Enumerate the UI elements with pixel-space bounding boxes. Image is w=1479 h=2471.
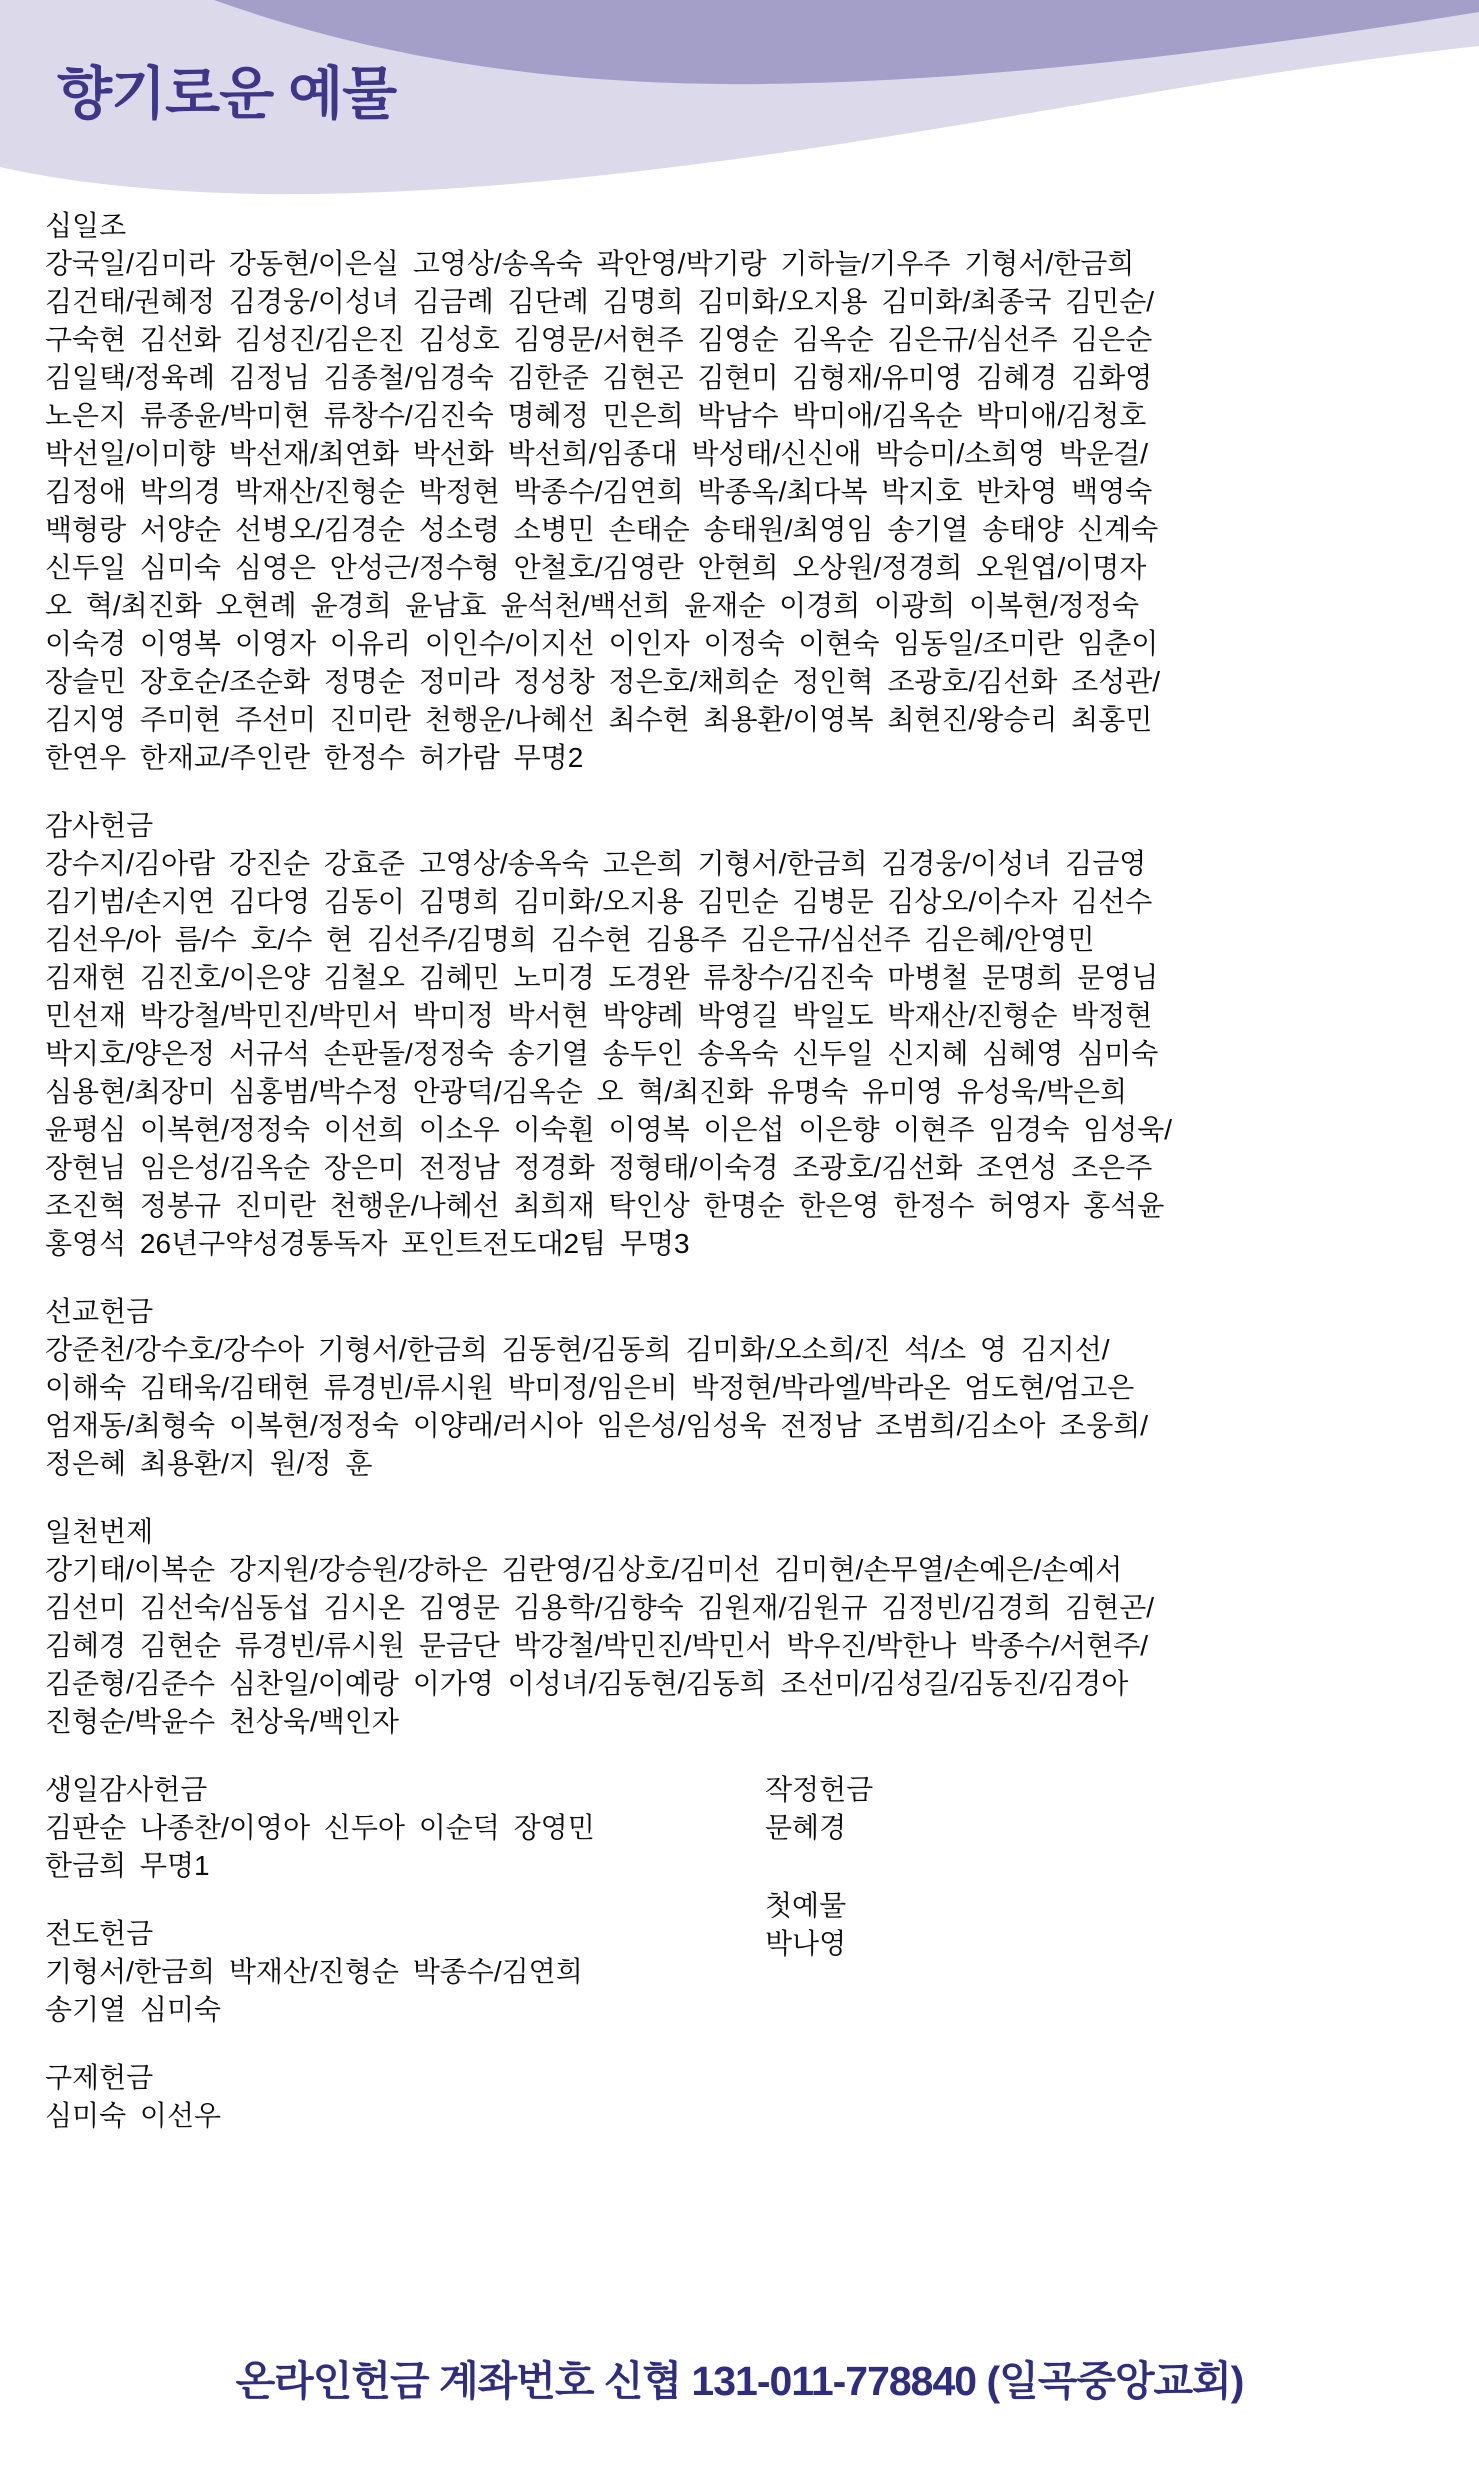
online-giving-account-footer: 온라인헌금 계좌번호 신협 131-011-778840 (일곡중앙교회) [0,2348,1479,2407]
name-lines: 강국일/김미라 강동현/이은실 고영상/송옥숙 곽안영/박기랑 기하늘/기우주 … [45,245,1443,777]
name-list-line: 김기범/손지연 김다영 김동이 김명희 김미화/오지용 김민순 김병문 김상오/… [45,883,1443,921]
name-list-line: 한연우 한재교/주인란 한정수 허가람 무명2 [45,739,1443,777]
name-list-line: 기형서/한금희 박재산/진형순 박종수/김연희 [45,1953,765,1991]
left-column: 생일감사헌금 김판순 나종찬/이영아 신두아 이순덕 장영민한금희 무명1 전도… [45,1771,765,2135]
name-list-line: 강기태/이복순 강지원/강승원/강하은 김란영/김상호/김미선 김미현/손무열/… [45,1551,1443,1589]
name-list-line: 백형랑 서양순 선병오/김경순 성소령 소병민 손태순 송태원/최영임 송기열 … [45,511,1443,549]
name-lines: 강수지/김아람 강진순 강효준 고영상/송옥숙 고은희 기형서/한금희 김경웅/… [45,845,1443,1263]
name-list-line: 이숙경 이영복 이영자 이유리 이인수/이지선 이인자 이정숙 이현숙 임동일/… [45,625,1443,663]
name-list-line: 김준형/김준수 심찬일/이예랑 이가영 이성녀/김동현/김동희 조선미/김성길/… [45,1665,1443,1703]
name-list-line: 강수지/김아람 강진순 강효준 고영상/송옥숙 고은희 기형서/한금희 김경웅/… [45,845,1443,883]
name-list-line: 장슬민 장호순/조순화 정명순 정미라 정성창 정은호/채희순 정인혁 조광호/… [45,663,1443,701]
name-lines: 강준천/강수호/강수아 기형서/한금희 김동현/김동희 김미화/오소희/진 석/… [45,1331,1443,1483]
section-thousand-burnt-offerings: 일천번제 강기태/이복순 강지원/강승원/강하은 김란영/김상호/김미선 김미현… [45,1513,1443,1741]
name-lines: 문혜경 [765,1809,1443,1847]
section-birthday-thanksgiving-offering: 생일감사헌금 김판순 나종찬/이영아 신두아 이순덕 장영민한금희 무명1 [45,1771,765,1885]
name-list-line: 김건태/권혜정 김경웅/이성녀 김금례 김단례 김명희 김미화/오지용 김미화/… [45,283,1443,321]
page-title: 향기로운 예물 [57,48,396,130]
name-lines: 심미숙 이선우 [45,2097,765,2135]
name-list-line: 박선일/이미향 박선재/최연화 박선화 박선희/임종대 박성태/신신애 박승미/… [45,435,1443,473]
section-evangelism-offering: 전도헌금 기형서/한금희 박재산/진형순 박종수/김연희송기열 심미숙 [45,1915,765,2029]
section-tithe: 십일조 강국일/김미라 강동현/이은실 고영상/송옥숙 곽안영/박기랑 기하늘/… [45,207,1443,777]
name-list-line: 송기열 심미숙 [45,1991,765,2029]
name-list-line: 박지호/양은정 서규석 손판돌/정정숙 송기열 송두인 송옥숙 신두일 신지혜 … [45,1035,1443,1073]
name-list-line: 정은혜 최용환/지 원/정 훈 [45,1445,1443,1483]
name-list-line: 강국일/김미라 강동현/이은실 고영상/송옥숙 곽안영/박기랑 기하늘/기우주 … [45,245,1443,283]
name-list-line: 이해숙 김태욱/김태현 류경빈/류시원 박미정/임은비 박정현/박라엘/박라온 … [45,1369,1443,1407]
name-list-line: 김일택/정육례 김정님 김종철/임경숙 김한준 김현곤 김현미 김형재/유미영 … [45,359,1443,397]
section-heading: 작정헌금 [765,1771,1443,1809]
page-header: 향기로운 예물 [0,0,1479,200]
name-list-line: 김선미 김선숙/심동섭 김시온 김영문 김용학/김향숙 김원재/김원규 김정빈/… [45,1589,1443,1627]
bulletin-page: 향기로운 예물 십일조 강국일/김미라 강동현/이은실 고영상/송옥숙 곽안영/… [0,0,1479,2471]
name-list-line: 조진혁 정봉규 진미란 천행운/나혜선 최희재 탁인상 한명순 한은영 한정수 … [45,1187,1443,1225]
name-list-line: 심미숙 이선우 [45,2097,765,2135]
section-heading: 일천번제 [45,1513,1443,1551]
section-heading: 감사헌금 [45,807,1443,845]
name-list-line: 김선우/아 름/수 호/수 현 김선주/김명희 김수현 김용주 김은규/심선주 … [45,921,1443,959]
section-first-offering: 첫예물 박나영 [765,1887,1443,1963]
section-heading: 생일감사헌금 [45,1771,765,1809]
name-list-line: 김혜경 김현순 류경빈/류시원 문금단 박강철/박민진/박민서 박우진/박한나 … [45,1627,1443,1665]
name-list-line: 한금희 무명1 [45,1847,765,1885]
name-lines: 김판순 나종찬/이영아 신두아 이순덕 장영민한금희 무명1 [45,1809,765,1885]
section-heading: 구제헌금 [45,2059,765,2097]
name-list-line: 엄재동/최형숙 이복현/정정숙 이양래/러시아 임은성/임성욱 전정남 조범희/… [45,1407,1443,1445]
name-list-line: 신두일 심미숙 심영은 안성근/정수형 안철호/김영란 안현희 오상원/정경희 … [45,549,1443,587]
section-pledge-offering: 작정헌금 문혜경 [765,1771,1443,1847]
name-list-line: 노은지 류종윤/박미현 류창수/김진숙 명혜정 민은희 박남수 박미애/김옥순 … [45,397,1443,435]
name-lines: 박나영 [765,1925,1443,1963]
name-list-line: 오 혁/최진화 오현례 윤경희 윤남효 윤석천/백선희 윤재순 이경희 이광희 … [45,587,1443,625]
right-column: 작정헌금 문혜경 첫예물 박나영 [765,1771,1443,1963]
name-lines: 강기태/이복순 강지원/강승원/강하은 김란영/김상호/김미선 김미현/손무열/… [45,1551,1443,1741]
section-heading: 선교헌금 [45,1293,1443,1331]
section-mission-offering: 선교헌금 강준천/강수호/강수아 기형서/한금희 김동현/김동희 김미화/오소희… [45,1293,1443,1483]
section-heading: 전도헌금 [45,1915,765,1953]
name-list-line: 장현님 임은성/김옥순 장은미 전정남 정경화 정형태/이숙경 조광호/김선화 … [45,1149,1443,1187]
name-list-line: 김판순 나종찬/이영아 신두아 이순덕 장영민 [45,1809,765,1847]
name-lines: 기형서/한금희 박재산/진형순 박종수/김연희송기열 심미숙 [45,1953,765,2029]
name-list-line: 심용현/최장미 심홍범/박수정 안광덕/김옥순 오 혁/최진화 유명숙 유미영 … [45,1073,1443,1111]
section-thanksgiving-offering: 감사헌금 강수지/김아람 강진순 강효준 고영상/송옥숙 고은희 기형서/한금희… [45,807,1443,1263]
name-list-line: 홍영석 26년구약성경통독자 포인트전도대2팀 무명3 [45,1225,1443,1263]
two-column-zone: 생일감사헌금 김판순 나종찬/이영아 신두아 이순덕 장영민한금희 무명1 전도… [45,1771,1443,2135]
name-list-line: 박나영 [765,1925,1443,1963]
section-relief-offering: 구제헌금 심미숙 이선우 [45,2059,765,2135]
name-list-line: 문혜경 [765,1809,1443,1847]
section-heading: 십일조 [45,207,1443,245]
name-list-line: 김재현 김진호/이은양 김철오 김혜민 노미경 도경완 류창수/김진숙 마병철 … [45,959,1443,997]
name-list-line: 강준천/강수호/강수아 기형서/한금희 김동현/김동희 김미화/오소희/진 석/… [45,1331,1443,1369]
name-list-line: 윤평심 이복현/정정숙 이선희 이소우 이숙훤 이영복 이은섭 이은향 이현주 … [45,1111,1443,1149]
name-list-line: 김지영 주미현 주선미 진미란 천행운/나혜선 최수현 최용환/이영복 최현진/… [45,701,1443,739]
section-heading: 첫예물 [765,1887,1443,1925]
offering-lists: 십일조 강국일/김미라 강동현/이은실 고영상/송옥숙 곽안영/박기랑 기하늘/… [0,207,1479,2135]
name-list-line: 김정애 박의경 박재산/진형순 박정현 박종수/김연희 박종옥/최다복 박지호 … [45,473,1443,511]
name-list-line: 진형순/박윤수 천상욱/백인자 [45,1703,1443,1741]
name-list-line: 구숙현 김선화 김성진/김은진 김성호 김영문/서현주 김영순 김옥순 김은규/… [45,321,1443,359]
name-list-line: 민선재 박강철/박민진/박민서 박미정 박서현 박양례 박영길 박일도 박재산/… [45,997,1443,1035]
